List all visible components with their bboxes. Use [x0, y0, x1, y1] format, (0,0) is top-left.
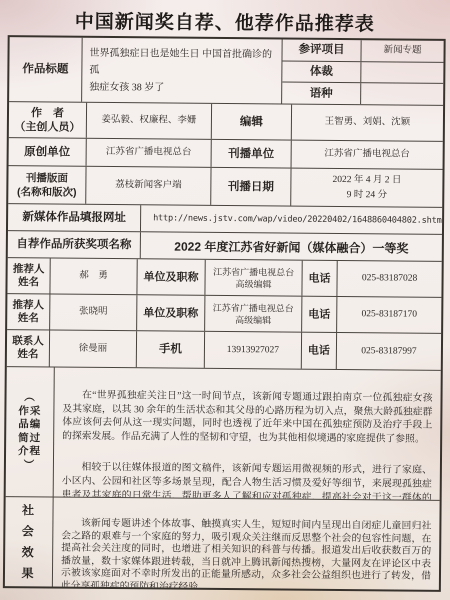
row-social-effect: 社 会 效 果 该新闻专题讲述个体故事、触摸真实人生，短短时间内呈现出自闭症儿童… [5, 496, 440, 590]
entry-genre-label: 体裁 [282, 61, 360, 82]
social-effect-text-block: 该新闻专题讲述个体故事、触摸真实人生，短短时间内呈现出自闭症儿童回归社会之路的艰… [52, 498, 440, 590]
row-publish-page: 刊播版面 (名称和版次) 荔枝新闻客户端 刊播日期 2022 年 4 月 2 日… [8, 165, 442, 207]
award-value: 2022 年度江苏省好新闻（媒体融合）一等奖 [140, 232, 442, 261]
row-award: 自荐作品所获奖项名称 2022 年度江苏省好新闻（媒体融合）一等奖 [8, 230, 442, 261]
photo-background: 中国新闻奖自荐、他荐作品推荐表 作品标题 世界孤独症日也是她生日 中国首批确诊的… [0, 0, 450, 600]
recommender2-phone-label: 电话 [301, 297, 336, 332]
award-label: 自荐作品所获奖项名称 [8, 231, 140, 258]
row-author: 作 者 （主创人员） 姜弘毅、权廉程、李姗 编辑 王智勇、刘娟、沈颖 [9, 101, 443, 141]
recommender1-unit-label: 单位及职称 [136, 259, 204, 295]
social-effect-label: 社 会 效 果 [5, 497, 53, 586]
recommendation-table: 作品标题 世界孤独症日也是她生日 中国首批确诊的孤 独症女孩 38 岁了 参评项… [3, 35, 446, 592]
entry-genre-value [360, 62, 443, 83]
row-work-title: 作品标题 世界孤独症日也是她生日 中国首批确诊的孤 独症女孩 38 岁了 参评项… [9, 37, 444, 105]
recommender2-name: 张晓明 [49, 294, 136, 330]
contact-name: 徐曼丽 [49, 330, 136, 367]
url-value: http://news.jstv.com/wap/video/20220402/… [140, 205, 442, 234]
publish-page-label: 刊播版面 (名称和版次) [8, 166, 85, 204]
recommender2-unit-label: 单位及职称 [136, 295, 204, 331]
row-recommender-1: 推荐人 姓名 郝 勇 单位及职称 江苏省广播电视总台 高级编辑 电话 025-8… [7, 257, 441, 297]
contact-mobile-label: 手机 [136, 331, 204, 368]
recommender1-unit-value: 江苏省广播电视总台 高级编辑 [204, 260, 301, 296]
recommender1-role-label: 推荐人 姓名 [7, 258, 49, 293]
author-label: 作 者 （主创人员） [9, 102, 86, 138]
row-url: 新媒体作品填报网址 http://news.jstv.com/wap/video… [8, 203, 442, 234]
entry-item-category: 参评项目 新闻专题 [282, 40, 443, 62]
entry-item-language: 语种 [282, 82, 443, 105]
publish-date-label: 刊播日期 [210, 168, 290, 206]
publish-page-value: 荔枝新闻客户端 [85, 167, 210, 205]
contact-role-label: 联系人 姓名 [7, 330, 49, 366]
editor-label: 编辑 [211, 104, 291, 140]
summary-paragraph-1: 在“世界孤独症关注日”这一时间节点，该新闻专题通过跟拍南京一位孤独症女孩及其家庭… [62, 389, 432, 447]
entry-language-value [360, 84, 443, 105]
contact-phone-label: 电话 [301, 333, 336, 369]
entry-item-genre: 体裁 [282, 60, 443, 83]
publish-unit-value: 江苏省广播电视总台 [291, 141, 443, 169]
contact-phone-value: 025-83187997 [336, 333, 441, 370]
row-recommender-2: 推荐人 姓名 张晓明 单位及职称 江苏省广播电视总台 高级编辑 电话 025-8… [7, 293, 441, 333]
recommender1-name: 郝 勇 [49, 258, 136, 294]
form-title: 中国新闻奖自荐、他荐作品推荐表 [0, 6, 450, 37]
summary-text-block: 在“世界孤独症关注日”这一时间节点，该新闻专题通过跟拍南京一位孤独症女孩及其家庭… [53, 368, 441, 500]
work-title-value: 世界孤独症日也是她生日 中国首批确诊的孤 独症女孩 38 岁了 [81, 38, 282, 104]
editor-value: 王智勇、刘娟、沈颖 [291, 105, 443, 141]
publish-date-value: 2022 年 4 月 2 日 9 时 24 分 [290, 169, 442, 207]
recommender2-role-label: 推荐人 姓名 [7, 294, 49, 329]
row-summary: ︵ 作采 品编 简过 介程 ︶ 在“世界孤独症关注日”这一时间节点，该新闻专题通… [6, 366, 441, 500]
entry-items-block: 参评项目 新闻专题 体裁 语种 [281, 39, 444, 104]
work-title-label: 作品标题 [9, 37, 82, 102]
publish-unit-label: 刊播单位 [211, 140, 291, 168]
row-orig-unit: 原创单位 江苏省广播电视总台 刊播单位 江苏省广播电视总台 [9, 137, 443, 169]
recommender2-phone-value: 025-83187170 [336, 297, 441, 333]
orig-unit-label: 原创单位 [9, 138, 86, 166]
url-label: 新媒体作品填报网址 [8, 204, 140, 231]
entry-category-label: 参评项目 [282, 40, 360, 61]
recommender1-phone-value: 025-83187028 [336, 261, 441, 297]
paper-sheet: 中国新闻奖自荐、他荐作品推荐表 作品标题 世界孤独症日也是她生日 中国首批确诊的… [0, 0, 450, 600]
social-effect-paragraph: 该新闻专题讲述个体故事、触摸真实人生，短短时间内呈现出自闭症儿童回归社会之路的艰… [61, 518, 432, 590]
contact-mobile-value: 13913927027 [204, 332, 301, 369]
entry-category-value: 新闻专题 [360, 40, 443, 61]
row-contact-person: 联系人 姓名 徐曼丽 手机 13913927027 电话 025-8318799… [7, 329, 441, 370]
author-value: 姜弘毅、权廉程、李姗 [86, 103, 211, 139]
orig-unit-value: 江苏省广播电视总台 [86, 139, 211, 167]
recommender2-unit-value: 江苏省广播电视总台 高级编辑 [204, 296, 301, 332]
summary-vertical-label: ︵ 作采 品编 简过 介程 ︶ [6, 367, 54, 496]
recommender1-phone-label: 电话 [301, 261, 336, 296]
summary-paragraph-2: 相较于以往媒体报道的图文稿件，该新闻专题运用微视频的形式，进行了家庭、小区内、公… [61, 461, 432, 500]
entry-language-label: 语种 [282, 83, 360, 104]
